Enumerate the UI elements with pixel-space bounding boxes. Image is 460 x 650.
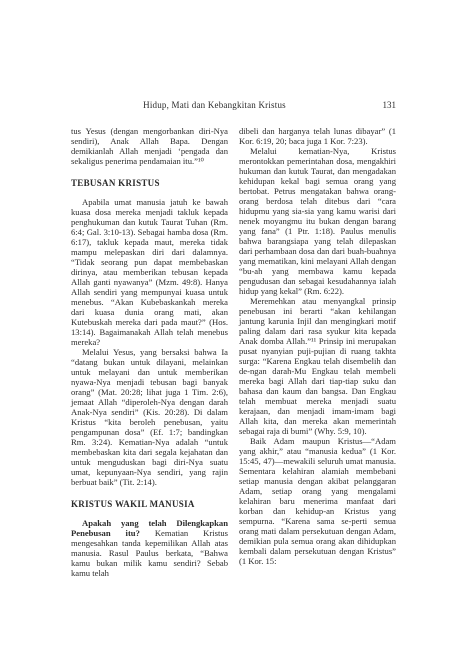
paragraph: Apabila umat manusia jatuh ke bawah kuas… bbox=[71, 197, 228, 347]
right-column: dibeli dan harganya telah lunas dibayar”… bbox=[239, 126, 396, 578]
paragraph-continuation: dibeli dan harganya telah lunas dibayar”… bbox=[239, 126, 396, 146]
page-content: Hidup, Mati dan Kebangkitan Kristus 131 … bbox=[71, 100, 396, 578]
paragraph: Melalui Yesus, yang bersaksi bahwa Ia “d… bbox=[71, 347, 228, 487]
paragraph: Baik Adam maupun Kristus—“Adam yang akhi… bbox=[239, 436, 396, 566]
paragraph: Melalui kematian-Nya, Kristus merontokka… bbox=[239, 146, 396, 296]
paragraph: Meremehkan atau menyangkal prinsip peneb… bbox=[239, 296, 396, 436]
section-heading-tebusan-kristus: TEBUSAN KRISTUS bbox=[71, 178, 228, 188]
paragraph-with-bold-lead: Apakah yang telah Dilengkapkan Penebusan… bbox=[71, 518, 228, 578]
paragraph-intro-continuation: tus Yesus (dengan mengorbankan diri-Nya … bbox=[71, 126, 228, 166]
book-page: Hidup, Mati dan Kebangkitan Kristus 131 … bbox=[0, 0, 460, 650]
running-header: Hidup, Mati dan Kebangkitan Kristus 131 bbox=[71, 100, 396, 112]
section-heading-kristus-wakil-manusia: KRISTUS WAKIL MANUSIA bbox=[71, 499, 228, 509]
running-header-title: Hidup, Mati dan Kebangkitan Kristus bbox=[71, 100, 358, 111]
text-columns: tus Yesus (dengan mengorbankan diri-Nya … bbox=[71, 126, 396, 578]
left-column: tus Yesus (dengan mengorbankan diri-Nya … bbox=[71, 126, 228, 578]
page-number: 131 bbox=[383, 100, 397, 111]
